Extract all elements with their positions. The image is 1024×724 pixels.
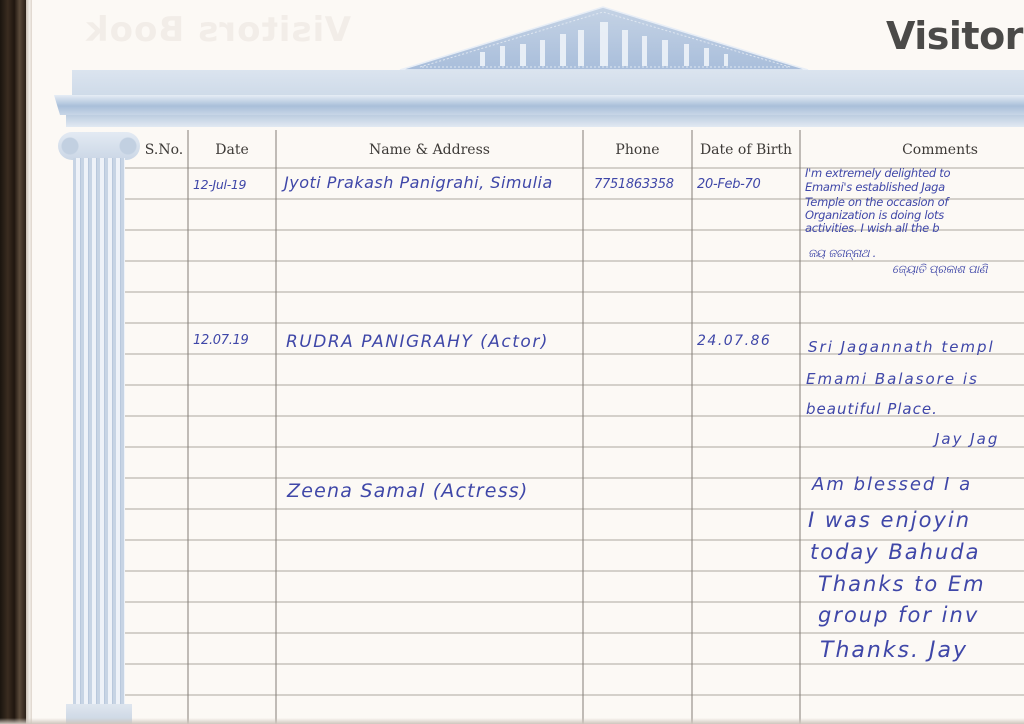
entry-comment-line: Sri Jagannath templ	[808, 338, 995, 356]
entry-phone: 7751863358	[594, 177, 674, 192]
header-sno: S.No.	[140, 142, 188, 158]
entry-comment-line: Temple on the occasion of	[805, 196, 948, 208]
entry-comment-line: Thanks. Jay	[820, 638, 968, 663]
entry-comment-line: Thanks to Em	[818, 572, 986, 596]
entry-date: 12.07.19	[193, 333, 249, 348]
entry-name: Zeena Samal (Actress)	[287, 480, 529, 502]
header-dob: Date of Birth	[692, 142, 800, 158]
entry-dob: 20-Feb-70	[697, 177, 761, 192]
entry-comment-line: beautiful Place.	[806, 400, 938, 418]
entry-comment-line: today Bahuda	[810, 540, 980, 564]
entry-comment-line: activities. I wish all the b	[805, 222, 939, 234]
header-comments: Comments	[800, 142, 1024, 158]
entry-date: 12-Jul-19	[193, 177, 246, 192]
entry-signature: ଜ୍ୟୋତି ପ୍ରକାଶ ପାଣି	[892, 263, 987, 275]
entry-comment-line: I'm extremely delighted to	[805, 167, 950, 179]
entry-comment-line: group for inv	[818, 603, 979, 627]
entry-comment-line: Emami Balasore is	[806, 370, 979, 388]
entry-dob: 24.07.86	[697, 333, 771, 349]
entry-comment-line: ଜୟ ଜଗନ୍ନାଥ .	[808, 247, 876, 259]
entry-name: Jyoti Prakash Panigrahi, Simulia	[284, 173, 553, 192]
header-date: Date	[188, 142, 276, 158]
header-name-address: Name & Address	[276, 142, 583, 158]
entry-comment-line: Am blessed I a	[812, 474, 972, 495]
entry-name: RUDRA PANIGRAHY (Actor)	[286, 332, 549, 352]
header-phone: Phone	[583, 142, 692, 158]
entry-comment-line: Jay Jag	[935, 430, 999, 448]
entry-comment-line: Organization is doing lots	[805, 209, 944, 221]
entry-comment-line: I was enjoyin	[808, 508, 971, 532]
page-shadow	[0, 718, 1024, 724]
entry-comment-line: Emami's established Jaga	[805, 181, 945, 193]
